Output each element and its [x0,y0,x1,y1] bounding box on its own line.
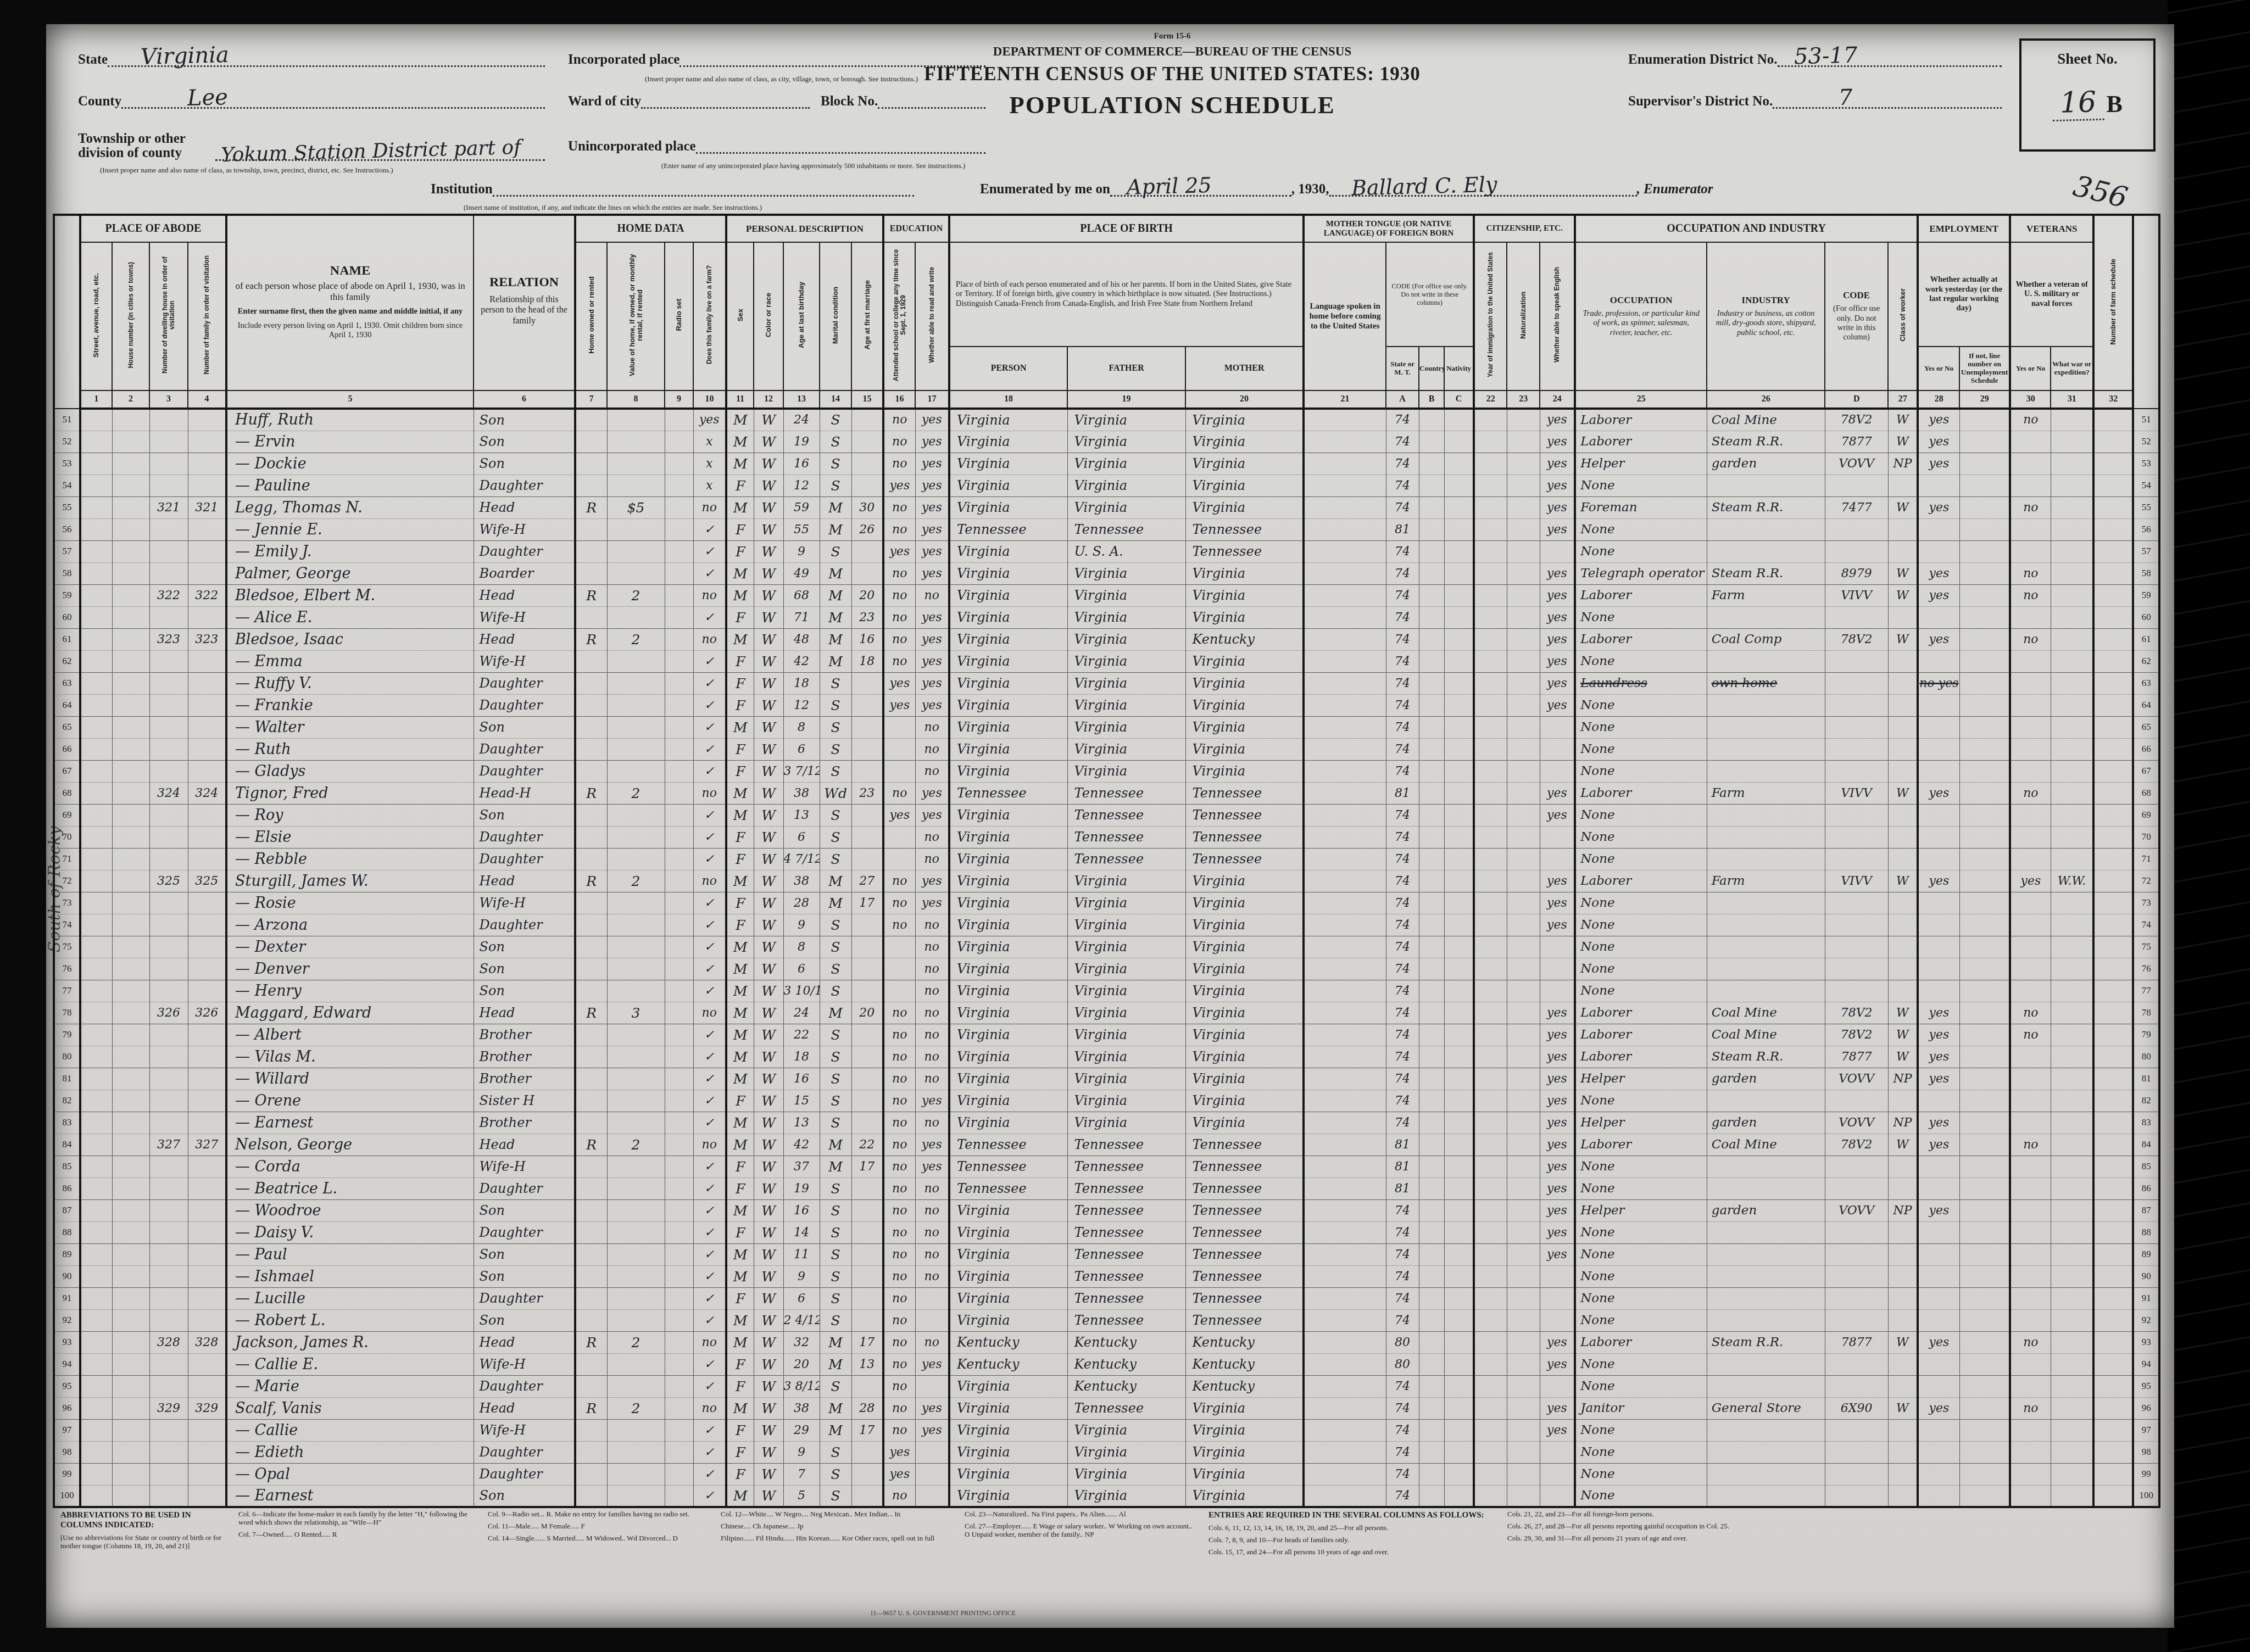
cell-farm: ✓ [693,540,726,562]
cell-birthplace-person: Virginia [949,650,1067,672]
township-label: Township or other division of county [78,132,215,161]
line-number-right: 65 [2133,716,2159,738]
cell-naturalization [1507,1287,1540,1309]
cell-language [1304,914,1386,936]
cell-code-c [1444,1419,1474,1441]
cell-attended-school: no [883,1243,915,1265]
cell-age-first-marriage: 30 [851,496,883,518]
cell-home-owned: R [575,1331,607,1353]
cell-code-d [1825,1287,1888,1309]
cell-attended-school: no [883,1156,915,1177]
cell-home-owned [575,980,607,1002]
line-number-left: 75 [54,936,80,958]
line-number-left: 86 [54,1177,80,1199]
cell-immigration [1474,1199,1507,1221]
cell-street [80,1046,112,1068]
cell-immigration [1474,892,1507,914]
cell-veteran [2010,1353,2051,1375]
cell-home-value: 2 [607,1134,665,1156]
cell-house-number [112,1309,149,1331]
cell-sex: M [726,1485,754,1507]
cell-radio [665,1375,693,1397]
cell-class-of-worker [1888,914,1918,936]
cell-code-a: 74 [1386,496,1419,518]
cell-farm: no [693,584,726,606]
cell-code-c [1444,1024,1474,1046]
cell-home-owned [575,848,607,870]
line-number-right: 91 [2133,1287,2159,1309]
cell-farm-schedule [2093,958,2133,980]
cell-code-c [1444,1243,1474,1265]
cell-war [2051,848,2093,870]
cell-code-d: VIVV [1825,584,1888,606]
cell-code-c [1444,453,1474,475]
cell-at-work: yes [1918,1134,1959,1156]
cell-house-number [112,562,149,584]
line-number-left: 85 [54,1156,80,1177]
cell-naturalization [1507,650,1540,672]
cell-unemployment-line [1959,562,2010,584]
cell-radio [665,628,693,650]
cell-occupation: Laborer [1575,1331,1707,1353]
cell-code-d [1825,760,1888,782]
cell-sex: M [726,562,754,584]
cell-birthplace-mother: Virginia [1185,716,1304,738]
cell-dwelling-number [149,518,188,540]
cell-relation: Daughter [474,1463,575,1485]
header-language-spoken: Language spoken in home before coming to… [1304,242,1386,390]
cell-family-number [188,518,226,540]
cell-occupation: None [1575,1485,1707,1507]
cell-house-number [112,1375,149,1397]
unincorporated-note: (Enter name of any unincorporated place … [661,161,965,170]
cell-relation: Brother [474,1024,575,1046]
cell-speak-english [1540,1441,1575,1463]
header-sex: Sex [726,242,754,390]
cell-code-b [1419,606,1444,628]
cell-name: — Ervin [226,431,474,453]
cell-unemployment-line [1959,650,2010,672]
cell-dwelling-number [149,1287,188,1309]
cell-speak-english: yes [1540,1068,1575,1090]
cell-dwelling-number: 324 [149,782,188,804]
cell-farm: ✓ [693,936,726,958]
cell-class-of-worker [1888,1243,1918,1265]
cell-family-number [188,760,226,782]
cell-naturalization [1507,1353,1540,1375]
cell-code-c [1444,1134,1474,1156]
cell-occupation: None [1575,1177,1707,1199]
cell-code-a: 74 [1386,562,1419,584]
cell-sex: M [726,1243,754,1265]
cell-code-b [1419,1441,1444,1463]
cell-relation: Head [474,1331,575,1353]
cell-naturalization [1507,1024,1540,1046]
cell-name: — Earnest [226,1485,474,1507]
cell-at-work [1918,826,1959,848]
cell-speak-english: yes [1540,694,1575,716]
cell-war [2051,804,2093,826]
cell-attended-school: no [883,562,915,584]
cell-birthplace-father: Virginia [1067,672,1185,694]
cell-farm: ✓ [693,1419,726,1441]
cell-immigration [1474,1221,1507,1243]
cell-naturalization [1507,782,1540,804]
cell-farm: ✓ [693,1046,726,1068]
cell-birthplace-person: Virginia [949,1397,1067,1419]
cell-radio [665,1068,693,1090]
cell-relation: Wife-H [474,606,575,628]
cell-war [2051,1265,2093,1287]
cell-age-first-marriage: 20 [851,584,883,606]
cell-marital: S [820,738,851,760]
cell-veteran: yes [2010,870,2051,892]
cell-race: W [754,958,783,980]
cell-language [1304,1397,1386,1419]
cell-relation: Son [474,1243,575,1265]
cell-radio [665,980,693,1002]
form-number: Form 15-6 [832,32,1513,41]
cell-industry [1707,518,1825,540]
cell-war [2051,672,2093,694]
cell-home-value [607,738,665,760]
cell-war [2051,738,2093,760]
cell-code-a: 74 [1386,738,1419,760]
cell-family-number [188,1024,226,1046]
cell-relation: Daughter [474,848,575,870]
cell-code-b [1419,453,1444,475]
cell-read-write [915,1287,949,1309]
table-row: 76 — Denver Son ✓ M W 6 S no Virginia Vi… [54,958,2159,980]
cell-farm: ✓ [693,848,726,870]
cell-marital: M [820,1331,851,1353]
cell-name: — Edieth [226,1441,474,1463]
cell-code-d [1825,914,1888,936]
cell-street [80,980,112,1002]
line-number-right: 63 [2133,672,2159,694]
cell-war [2051,540,2093,562]
cell-occupation: None [1575,475,1707,496]
cell-veteran [2010,606,2051,628]
cell-industry [1707,804,1825,826]
cell-family-number: 324 [188,782,226,804]
cell-code-b [1419,760,1444,782]
cell-farm: ✓ [693,1243,726,1265]
cell-attended-school: no [883,1265,915,1287]
cell-marital: M [820,1419,851,1441]
cell-sex: F [726,606,754,628]
cell-language [1304,518,1386,540]
cell-marital: S [820,1024,851,1046]
cell-occupation: None [1575,848,1707,870]
line-number-right: 79 [2133,1024,2159,1046]
cell-radio [665,584,693,606]
cell-dwelling-number: 326 [149,1002,188,1024]
cell-class-of-worker [1888,606,1918,628]
cell-industry: garden [1707,453,1825,475]
cell-race: W [754,431,783,453]
cell-immigration [1474,826,1507,848]
cell-industry: Coal Mine [1707,1134,1825,1156]
table-row: 87 — Woodroe Son ✓ M W 16 S no no Virgin… [54,1199,2159,1221]
cell-birthplace-mother: Virginia [1185,1002,1304,1024]
cell-attended-school: no [883,628,915,650]
cell-marital: S [820,914,851,936]
colnum: 26 [1707,390,1825,409]
state-label: State [78,53,108,67]
cell-code-b [1419,1090,1444,1112]
cell-dwelling-number [149,826,188,848]
cell-house-number [112,584,149,606]
cell-farm-schedule [2093,475,2133,496]
cell-code-c [1444,760,1474,782]
cell-at-work [1918,540,1959,562]
cell-industry: Coal Mine [1707,409,1825,431]
line-number-left: 80 [54,1046,80,1068]
cell-sex: M [726,716,754,738]
cell-speak-english: yes [1540,409,1575,431]
cell-age-first-marriage [851,804,883,826]
incorporated-field: Incorporated place [568,53,985,67]
cell-radio [665,409,693,431]
cell-code-a: 74 [1386,826,1419,848]
cell-sex: F [726,540,754,562]
cell-farm-schedule [2093,562,2133,584]
cell-speak-english: yes [1540,650,1575,672]
cell-war [2051,892,2093,914]
cell-code-a: 74 [1386,1002,1419,1024]
cell-radio [665,650,693,672]
colnum: 3 [149,390,188,409]
cell-family-number [188,650,226,672]
printing-office-line: 11—9657 U. S. GOVERNMENT PRINTING OFFICE [870,1609,1016,1617]
cell-read-write: no [915,584,949,606]
cell-race: W [754,1024,783,1046]
cell-at-work: yes [1918,562,1959,584]
cell-naturalization [1507,1331,1540,1353]
cell-home-value [607,958,665,980]
cell-sex: M [726,870,754,892]
cell-language [1304,475,1386,496]
cell-sex: F [726,1287,754,1309]
line-number-right: 77 [2133,980,2159,1002]
cell-speak-english: yes [1540,496,1575,518]
cell-class-of-worker: W [1888,1397,1918,1419]
cell-farm-schedule [2093,1024,2133,1046]
cell-age: 48 [783,628,820,650]
cell-class-of-worker [1888,892,1918,914]
census-sheet: South of Rocky Form 15-6 DEPARTMENT OF C… [46,24,2174,1628]
colnum: 24 [1540,390,1575,409]
cell-dwelling-number [149,848,188,870]
cell-dwelling-number [149,1353,188,1375]
cell-code-c [1444,540,1474,562]
cell-name: Maggard, Edward [226,1002,474,1024]
cell-code-c [1444,1353,1474,1375]
cell-radio [665,1046,693,1068]
cell-age: 68 [783,584,820,606]
cell-radio [665,606,693,628]
header-class-of-worker: Class of worker [1888,242,1918,390]
colnum: 5 [226,390,474,409]
cell-at-work: yes [1918,1002,1959,1024]
cell-birthplace-mother: Virginia [1185,980,1304,1002]
cell-code-d [1825,848,1888,870]
cell-race: W [754,782,783,804]
cell-industry [1707,980,1825,1002]
cell-birthplace-mother: Tennessee [1185,1199,1304,1221]
colnum: 25 [1575,390,1707,409]
cell-war [2051,782,2093,804]
cell-veteran [2010,1156,2051,1177]
cell-attended-school: no [883,892,915,914]
cell-attended-school: no [883,1134,915,1156]
header-veterans-desc: Whether a veteran of U. S. military or n… [2010,242,2093,347]
cell-read-write: no [915,936,949,958]
table-row: 95 — Marie Daughter ✓ F W 3 8/12 S no Vi… [54,1375,2159,1397]
cell-name: — Lucille [226,1287,474,1309]
cell-code-a: 74 [1386,628,1419,650]
cell-farm-schedule [2093,453,2133,475]
cell-code-d [1825,826,1888,848]
cell-birthplace-mother: Virginia [1185,562,1304,584]
cell-read-write: yes [915,1353,949,1375]
cell-unemployment-line [1959,1287,2010,1309]
cell-code-b [1419,650,1444,672]
cell-dwelling-number [149,650,188,672]
cell-house-number [112,914,149,936]
cell-farm-schedule [2093,1375,2133,1397]
cell-sex: F [726,1375,754,1397]
line-number-left: 58 [54,562,80,584]
cell-birthplace-father: Virginia [1067,496,1185,518]
header-tongue-code: CODE (For office use only. Do not write … [1386,242,1474,347]
cell-code-a: 74 [1386,1112,1419,1134]
cell-birthplace-father: Tennessee [1067,804,1185,826]
cell-read-write: no [915,1002,949,1024]
cell-code-d: 78V2 [1825,628,1888,650]
cell-relation: Son [474,1485,575,1507]
cell-speak-english [1540,540,1575,562]
cell-war [2051,518,2093,540]
cell-race: W [754,409,783,431]
cell-relation: Wife-H [474,650,575,672]
cell-speak-english: yes [1540,584,1575,606]
cell-home-value [607,1046,665,1068]
cell-industry [1707,738,1825,760]
cell-street [80,1441,112,1463]
cell-at-work: yes [1918,409,1959,431]
cell-industry [1707,650,1825,672]
cell-war: W.W. [2051,870,2093,892]
cell-home-value [607,672,665,694]
cell-farm: ✓ [693,694,726,716]
line-number-right: 78 [2133,1002,2159,1024]
line-number-left: 63 [54,672,80,694]
table-row: 97 — Callie Wife-H ✓ F W 29 M 17 no yes … [54,1419,2159,1441]
line-number-right: 96 [2133,1397,2159,1419]
cell-occupation: None [1575,738,1707,760]
cell-age-first-marriage [851,694,883,716]
cell-industry [1707,1441,1825,1463]
cell-code-a: 74 [1386,409,1419,431]
cell-race: W [754,650,783,672]
cell-family-number [188,1177,226,1199]
cell-code-b [1419,1199,1444,1221]
cell-class-of-worker [1888,980,1918,1002]
cell-occupation: None [1575,650,1707,672]
cell-home-value [607,1024,665,1046]
cell-code-b [1419,1177,1444,1199]
cell-naturalization [1507,1397,1540,1419]
cell-code-c [1444,1002,1474,1024]
cell-home-value [607,1287,665,1309]
cell-code-b [1419,562,1444,584]
cell-relation: Head-H [474,782,575,804]
line-number-right: 99 [2133,1463,2159,1485]
cell-occupation: None [1575,1441,1707,1463]
cell-unemployment-line [1959,1156,2010,1177]
cell-birthplace-mother: Tennessee [1185,848,1304,870]
line-number-left: 91 [54,1287,80,1309]
cell-age: 6 [783,1287,820,1309]
cell-language [1304,409,1386,431]
cell-house-number [112,1397,149,1419]
cell-race: W [754,1199,783,1221]
line-number-left: 65 [54,716,80,738]
cell-birthplace-mother: Virginia [1185,760,1304,782]
cell-street [80,892,112,914]
cell-relation: Son [474,409,575,431]
colnum: 30 [2010,390,2051,409]
table-row: 58 Palmer, George Boarder ✓ M W 49 M no … [54,562,2159,584]
cell-birthplace-father: Kentucky [1067,1331,1185,1353]
cell-name: — Arzona [226,914,474,936]
cell-read-write [915,1441,949,1463]
cell-code-b [1419,1485,1444,1507]
cell-war [2051,650,2093,672]
cell-code-c [1444,1309,1474,1331]
cell-occupation: None [1575,980,1707,1002]
colnum: 2 [112,390,149,409]
cell-home-owned [575,1353,607,1375]
cell-unemployment-line [1959,1375,2010,1397]
cell-age-first-marriage [851,1068,883,1090]
cell-veteran: no [2010,496,2051,518]
cell-birthplace-person: Virginia [949,1309,1067,1331]
sd-value: 7 [1839,85,1853,111]
cell-veteran [2010,1485,2051,1507]
cell-home-value [607,1199,665,1221]
cell-age: 12 [783,475,820,496]
cell-unemployment-line [1959,804,2010,826]
cell-street [80,1287,112,1309]
cell-industry [1707,958,1825,980]
cell-industry: General Store [1707,1397,1825,1419]
cell-age-first-marriage [851,914,883,936]
cell-unemployment-line [1959,936,2010,958]
ward-field: Ward of city [568,94,810,109]
line-number-right: 72 [2133,870,2159,892]
cell-race: W [754,826,783,848]
cell-name: — Beatrice L. [226,1177,474,1199]
cell-code-b [1419,1397,1444,1419]
table-row: 72 325 325 Sturgill, James W. Head R 2 n… [54,870,2159,892]
cell-farm-schedule [2093,716,2133,738]
cell-dwelling-number: 328 [149,1331,188,1353]
cell-farm: ✓ [693,1485,726,1507]
cell-birthplace-person: Virginia [949,584,1067,606]
